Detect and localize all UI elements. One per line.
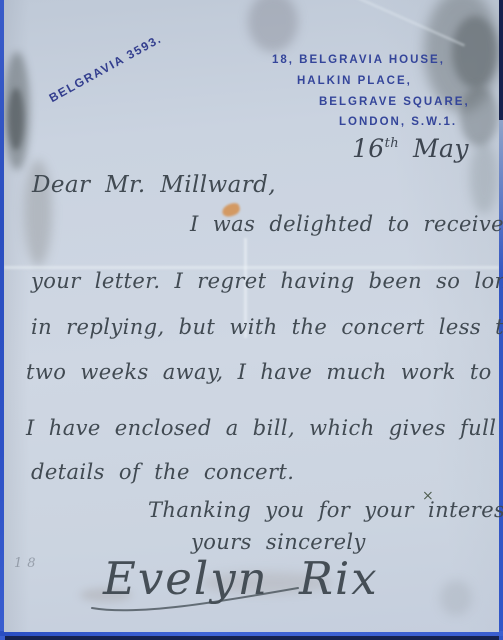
letterhead-line-3: BELGRAVE SQUARE,	[319, 96, 470, 108]
body-line-1: I was delighted to receive	[190, 212, 503, 236]
body-line-2: your letter. I regret having been so lon…	[31, 269, 503, 293]
closing-line: Thanking you for your interest,	[148, 498, 503, 522]
body-line-5: I have enclosed a bill, which gives full	[26, 416, 496, 440]
body-line-4: two weeks away, I have much work to do.	[26, 360, 503, 384]
body-line-3: in replying, but with the concert less t…	[31, 315, 503, 339]
stain-top-right-dark	[452, 16, 498, 88]
signature: Evelyn Rix	[103, 552, 379, 605]
stain-top-middle	[248, 0, 298, 52]
letterhead-line-2: HALKIN PLACE,	[297, 75, 412, 87]
date-ordinal-suffix: th	[385, 136, 399, 151]
valediction-line: yours sincerely	[191, 530, 366, 554]
body-line-6: details of the concert.	[31, 460, 294, 484]
date-month: May	[413, 134, 469, 163]
photo-scene: BELGRAVIA 3593. 18, BELGRAVIA HOUSE, HAL…	[0, 0, 503, 640]
stain-bottom-right	[440, 580, 472, 616]
pencil-note: 18	[14, 556, 41, 571]
correction-mark: ×	[422, 488, 434, 504]
date-day: 16	[352, 134, 385, 163]
greeting-line: Dear Mr. Millward,	[32, 172, 276, 198]
letterhead-line-1: 18, BELGRAVIA HOUSE,	[272, 54, 445, 66]
letterhead-line-4: LONDON, S.W.1.	[339, 116, 457, 128]
stain-right-mid	[470, 142, 498, 214]
date-line: 16thMay	[352, 134, 469, 163]
stain-top-left-dark	[8, 88, 24, 150]
